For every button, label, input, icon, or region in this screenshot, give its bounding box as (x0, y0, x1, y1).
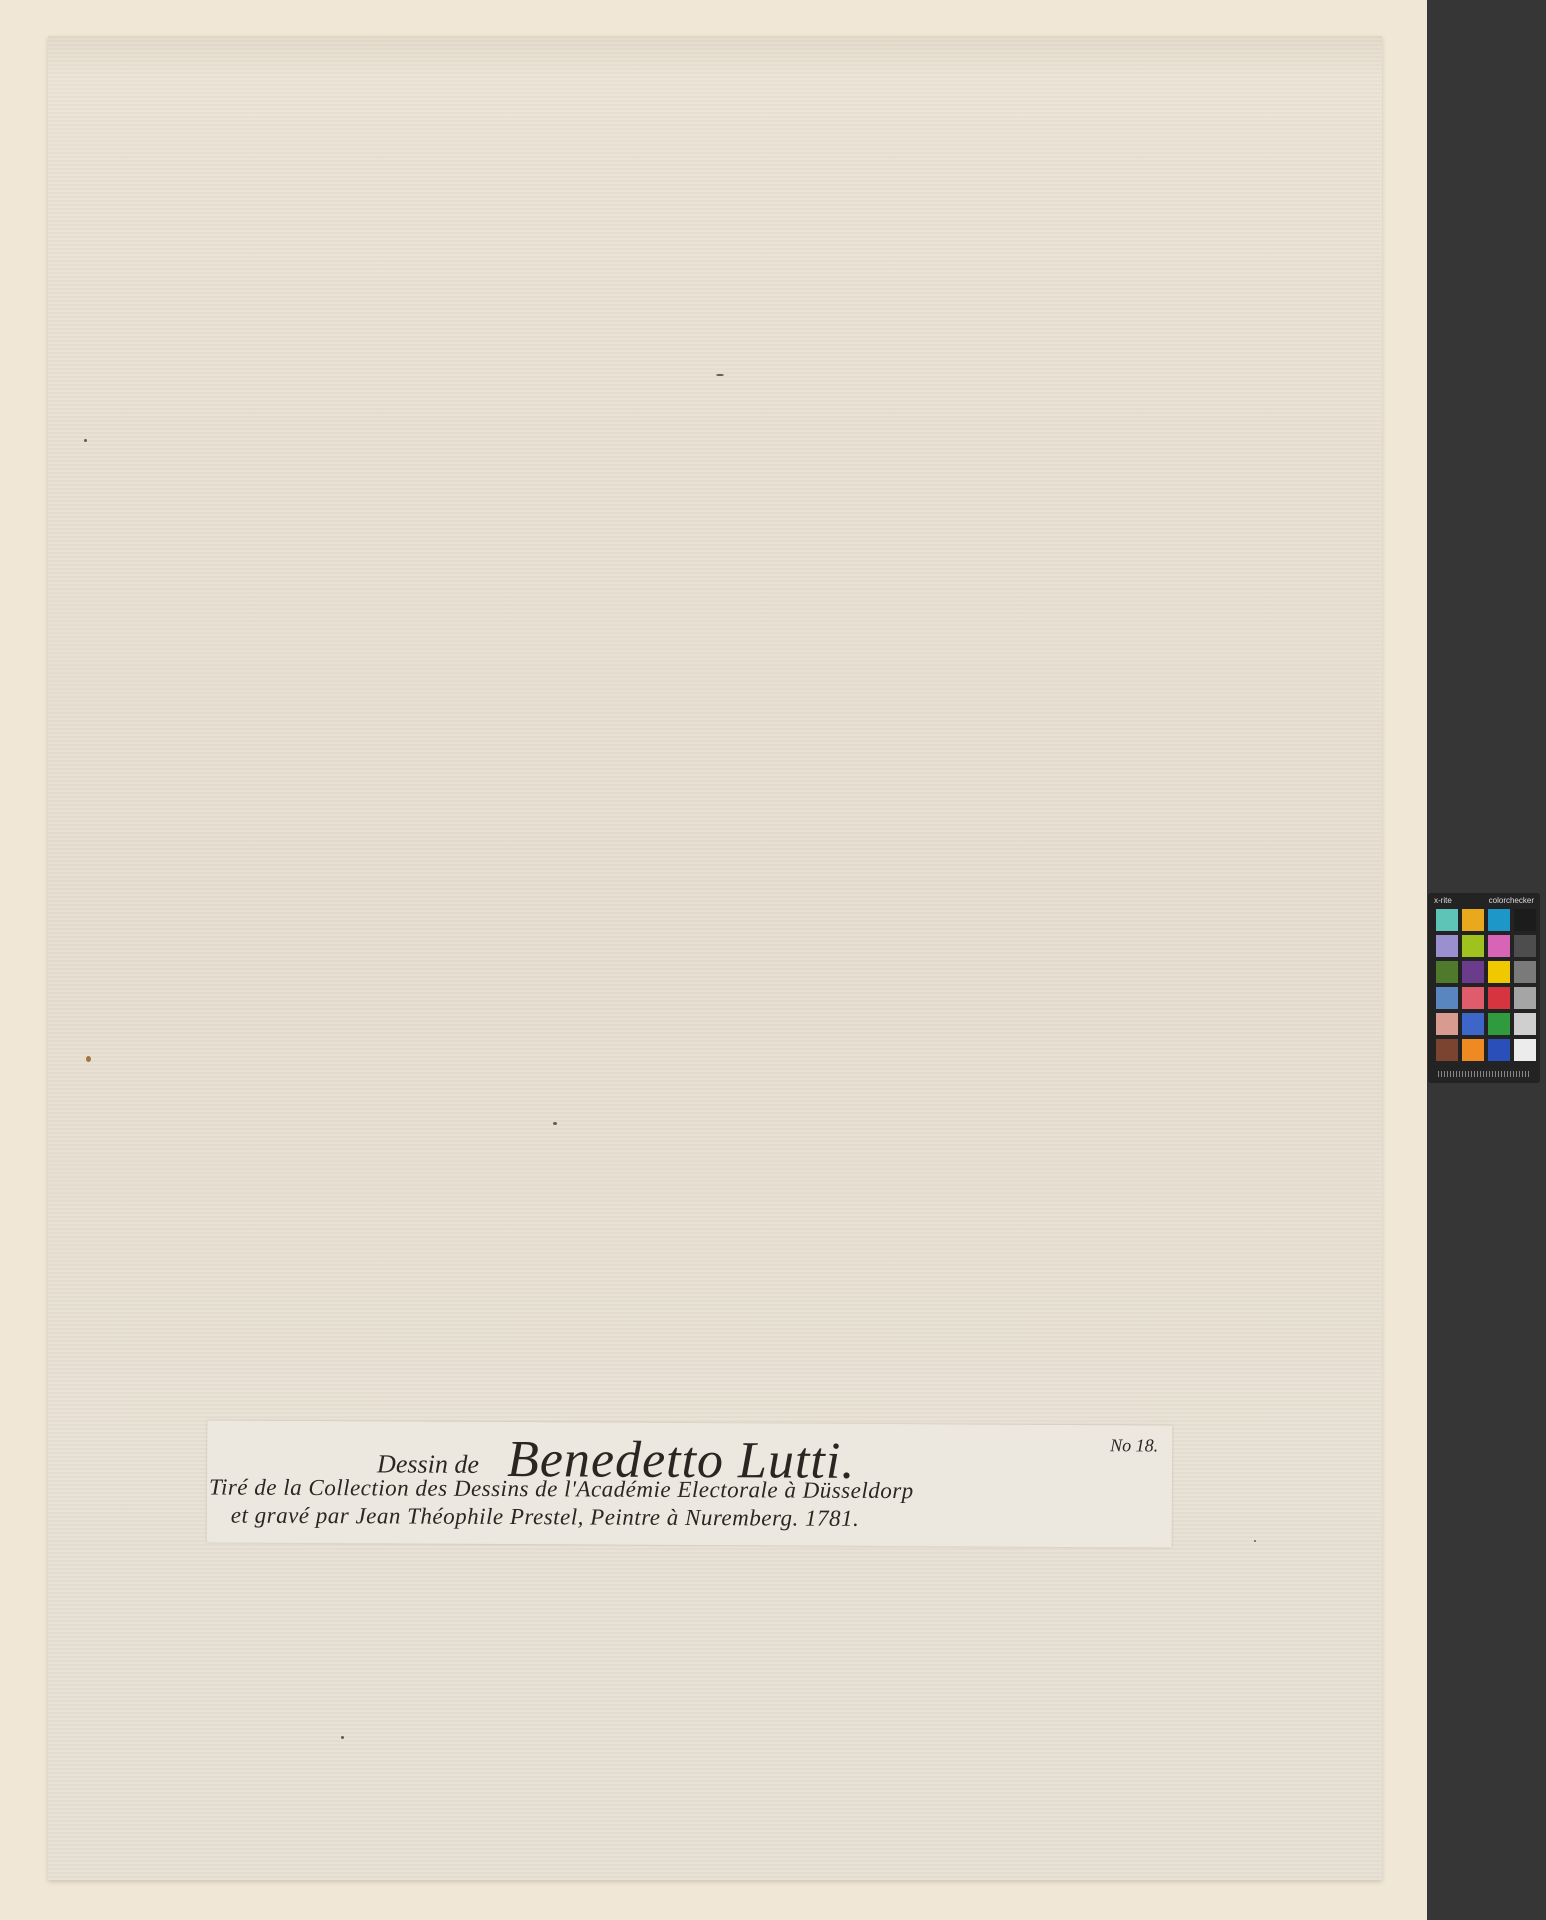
color-swatch (1514, 909, 1536, 931)
color-swatch (1462, 909, 1484, 931)
color-swatch (1514, 935, 1536, 957)
paper-speck (86, 1056, 91, 1062)
paper-speck (1254, 1540, 1256, 1542)
engraved-caption-label: Dessin de Benedetto Lutti. No 18. Tiré d… (207, 1420, 1173, 1547)
color-swatch (1514, 961, 1536, 983)
color-swatch (1462, 1013, 1484, 1035)
color-swatch (1488, 909, 1510, 931)
color-swatch (1514, 1039, 1536, 1061)
colorchecker-logo: colorchecker (1489, 896, 1534, 905)
color-swatch (1436, 909, 1458, 931)
color-swatch (1436, 935, 1458, 957)
caption-engraver-line: et gravé par Jean Théophile Prestel, Pei… (231, 1503, 860, 1532)
paper-speck (716, 374, 724, 376)
xrite-logo: x-rite (1434, 896, 1452, 905)
color-swatch (1488, 987, 1510, 1009)
caption-collection-line: Tiré de la Collection des Dessins de l'A… (209, 1474, 914, 1504)
paper-speck (553, 1122, 557, 1125)
paper-sheet (48, 36, 1382, 1880)
color-swatch (1488, 935, 1510, 957)
color-swatch (1462, 961, 1484, 983)
color-swatch (1436, 961, 1458, 983)
color-swatch (1462, 935, 1484, 957)
color-swatch (1514, 987, 1536, 1009)
color-swatch (1436, 987, 1458, 1009)
color-swatch (1488, 1013, 1510, 1035)
paper-speck (84, 439, 87, 442)
color-swatch (1488, 1039, 1510, 1061)
caption-number: No 18. (1110, 1435, 1158, 1456)
color-swatch (1514, 1013, 1536, 1035)
color-swatch (1462, 1039, 1484, 1061)
color-swatch (1436, 1039, 1458, 1061)
scale-ruler (1438, 1071, 1530, 1077)
color-swatch-grid (1436, 909, 1536, 1061)
color-swatch (1436, 1013, 1458, 1035)
color-swatch (1462, 987, 1484, 1009)
paper-speck (341, 1736, 344, 1739)
color-swatch (1488, 961, 1510, 983)
color-checker-card: x-rite colorchecker (1428, 893, 1540, 1083)
